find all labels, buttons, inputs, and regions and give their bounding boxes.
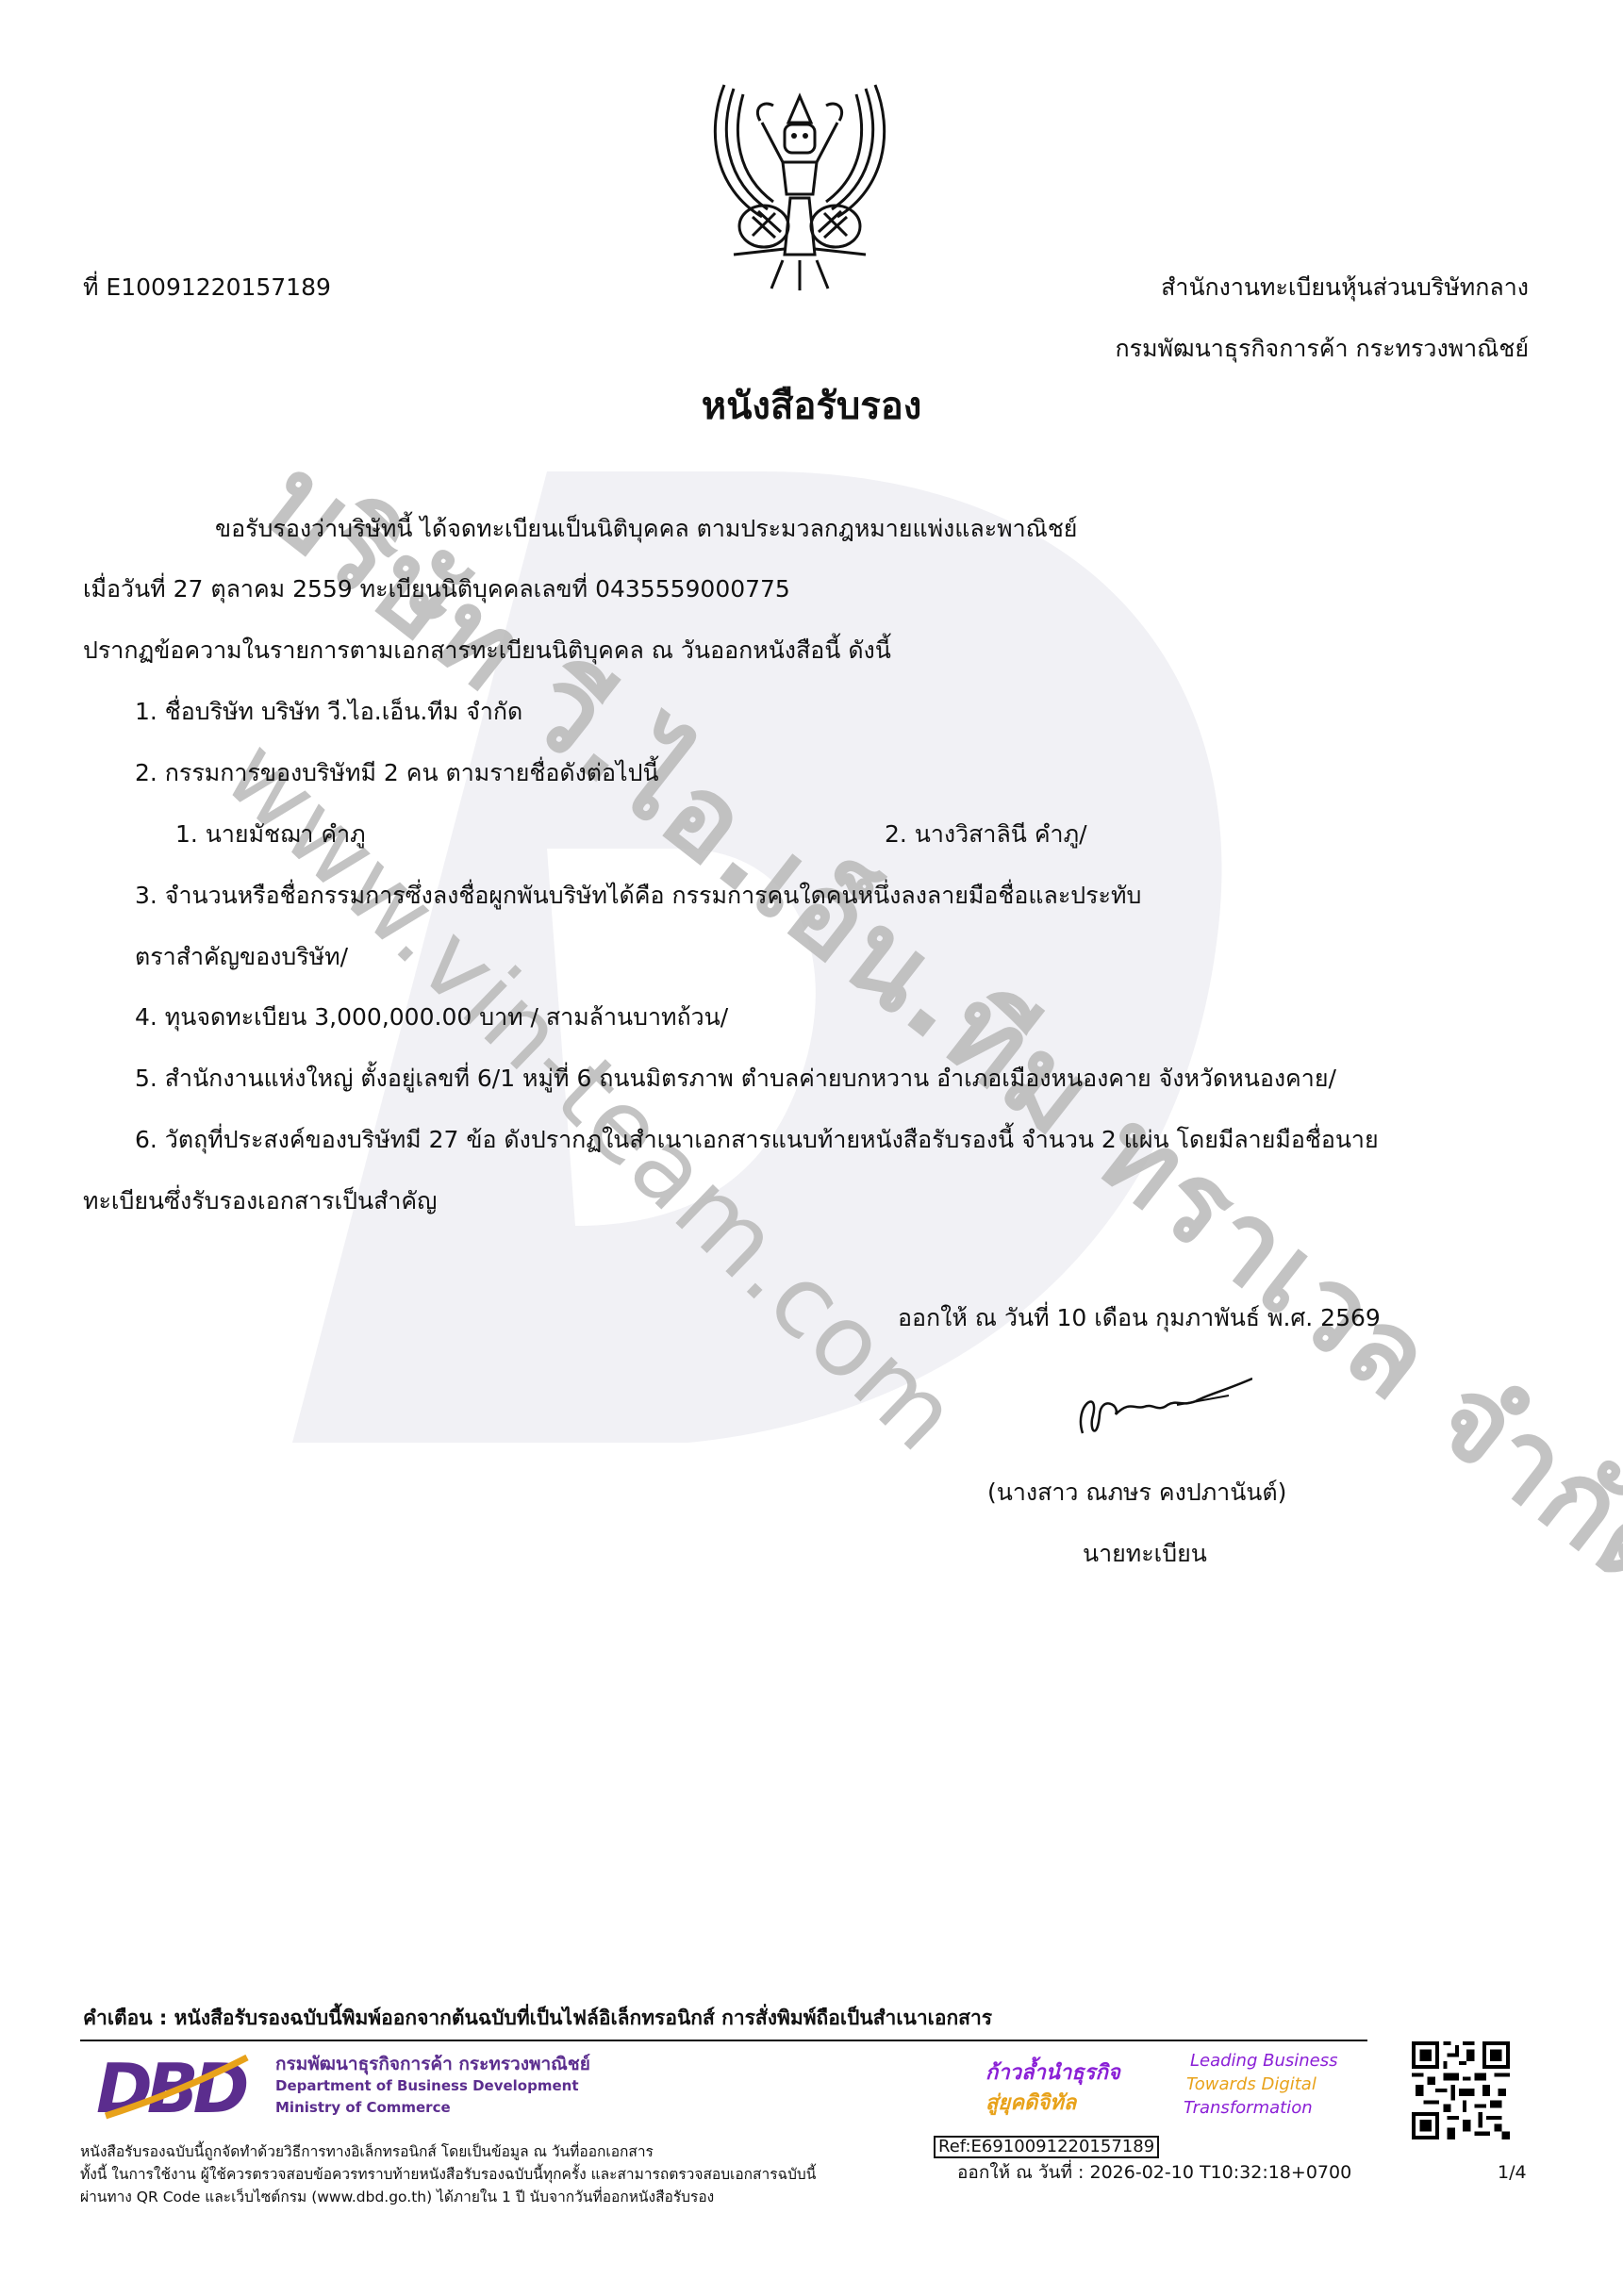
- office-name-line1: สำนักงานทะเบียนหุ้นส่วนบริษัทกลาง: [1161, 273, 1529, 302]
- item-head-office: 5. สำนักงานแห่งใหญ่ ตั้งอยู่เลขที่ 6/1 ห…: [135, 1065, 1336, 1093]
- page-title: หนังสือรับรอง: [0, 375, 1623, 436]
- item-signing-authority: 3. จำนวนหรือชื่อกรรมการซึ่งลงชื่อผูกพันบ…: [135, 882, 1141, 910]
- footer-warning: คำเตือน : หนังสือรับรองฉบับนี้พิมพ์ออกจา…: [83, 2003, 992, 2034]
- item-registered-capital: 4. ทุนจดทะเบียน 3,000,000.00 บาท / สามล้…: [135, 1003, 728, 1032]
- item-objectives-cont: ทะเบียนซึ่งรับรองเอกสารเป็นสำคัญ: [83, 1187, 437, 1215]
- registrar-title: นายทะเบียน: [1083, 1540, 1207, 1568]
- org-name-thai: กรมพัฒนาธุรกิจการค้า กระทรวงพาณิชย์: [275, 2050, 590, 2078]
- intro-line-3: ปรากฏข้อความในรายการตามเอกสารทะเบียนนิติ…: [83, 636, 891, 665]
- dbd-logo-icon: DBD: [96, 2054, 257, 2120]
- issued-timestamp: ออกให้ ณ วันที่ : 2026-02-10 T10:32:18+0…: [957, 2161, 1351, 2184]
- ministry-name-english: Ministry of Commerce: [275, 2099, 451, 2116]
- document-number: ที่ E10091220157189: [83, 273, 331, 302]
- slogan-thai-line2: สู่ยุคดิจิทัล: [985, 2086, 1076, 2119]
- org-name-english: Department of Business Development: [275, 2077, 579, 2094]
- garuda-emblem-icon: [696, 75, 903, 292]
- director-2: 2. นางวิสาลินี คำภู/: [885, 820, 1087, 849]
- slogan-thai-line1: ก้าวล้ำนำธุรกิจ: [985, 2056, 1120, 2089]
- footer-note-line1: หนังสือรับรองฉบับนี้ถูกจัดทำด้วยวิธีการท…: [80, 2140, 654, 2163]
- issued-date: ออกให้ ณ วันที่ 10 เดือน กุมภาพันธ์ พ.ศ.…: [898, 1304, 1381, 1332]
- slogan-english-line3: Transformation: [1184, 2098, 1313, 2118]
- intro-line-1: ขอรับรองว่าบริษัทนี้ ได้จดทะเบียนเป็นนิต…: [215, 515, 1077, 543]
- registrar-name: (นางสาว ณภษร คงปภานันต์): [987, 1478, 1286, 1507]
- slogan-english-line2: Towards Digital: [1186, 2074, 1317, 2094]
- item-signing-authority-cont: ตราสำคัญของบริษัท/: [135, 943, 348, 971]
- reference-number: Ref:E6910091220157189: [934, 2136, 1159, 2158]
- footer-note-line2: ทั้งนี้ ในการใช้งาน ผู้ใช้ควรตรวจสอบข้อค…: [80, 2163, 816, 2186]
- slogan-english-line1: Leading Business: [1190, 2051, 1338, 2071]
- item-objectives: 6. วัตถุที่ประสงค์ของบริษัทมี 27 ข้อ ดัง…: [135, 1126, 1379, 1154]
- qr-code-icon[interactable]: [1412, 2041, 1510, 2139]
- office-name-line2: กรมพัฒนาธุรกิจการค้า กระทรวงพาณิชย์: [1116, 335, 1530, 363]
- director-1: 1. นายมัชฌา คำภู: [175, 820, 366, 849]
- page-indicator: 1/4: [1498, 2161, 1527, 2184]
- footer-note-line3: ผ่านทาง QR Code และเว็บไซต์กรม (www.dbd.…: [80, 2186, 714, 2208]
- item-company-name: 1. ชื่อบริษัท บริษัท วี.ไอ.เอ็น.ทีม จำกั…: [135, 698, 522, 726]
- footer-divider: [80, 2040, 1367, 2041]
- intro-line-2: เมื่อวันที่ 27 ตุลาคม 2559 ทะเบียนนิติบุ…: [83, 575, 790, 603]
- registrar-signature: [1064, 1367, 1252, 1443]
- item-directors: 2. กรรมการของบริษัทมี 2 คน ตามรายชื่อดัง…: [135, 759, 659, 787]
